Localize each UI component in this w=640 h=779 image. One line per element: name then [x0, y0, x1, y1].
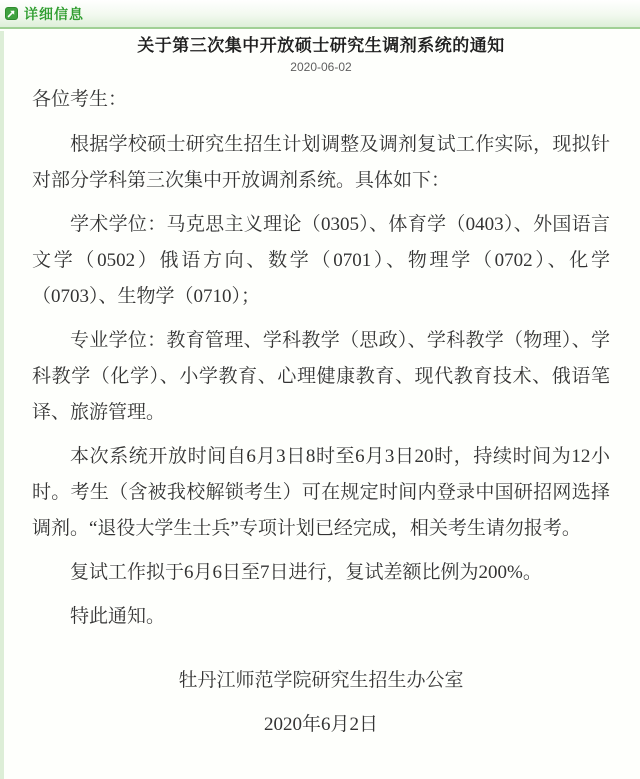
notice-content: 关于第三次集中开放硕士研究生调剂系统的通知 2020-06-02 各位考生： 根…	[0, 35, 640, 739]
left-edge-strip	[0, 31, 4, 779]
detail-header-bar: 详细信息	[0, 0, 640, 29]
paragraph-closing: 特此通知。	[32, 599, 610, 635]
paragraph-reexam: 复试工作拟于6月6日至7日进行，复试差额比例为200%。	[32, 555, 610, 591]
paragraph-open-time: 本次系统开放时间自6月3日8时至6月3日20时，持续时间为12小时。考生（含被我…	[32, 439, 610, 547]
notice-page: 详细信息 关于第三次集中开放硕士研究生调剂系统的通知 2020-06-02 各位…	[0, 0, 640, 779]
notice-title: 关于第三次集中开放硕士研究生调剂系统的通知	[32, 35, 610, 57]
signature-date: 2020年6月2日	[32, 711, 610, 739]
signature-org: 牡丹江师范学院研究生招生办公室	[32, 667, 610, 695]
paragraph-professional-degrees: 专业学位：教育管理、学科教学（思政）、学科教学（物理）、学科教学（化学）、小学教…	[32, 323, 610, 431]
paragraph-academic-degrees: 学术学位：马克思主义理论（0305）、体育学（0403）、外国语言文学（0502…	[32, 207, 610, 315]
detail-info-icon	[5, 7, 18, 20]
notice-publish-date: 2020-06-02	[32, 60, 610, 74]
detail-header-label: 详细信息	[24, 4, 84, 24]
paragraph-intro: 根据学校硕士研究生招生计划调整及调剂复试工作实际，现拟针对部分学科第三次集中开放…	[32, 127, 610, 199]
salutation: 各位考生：	[32, 86, 610, 114]
